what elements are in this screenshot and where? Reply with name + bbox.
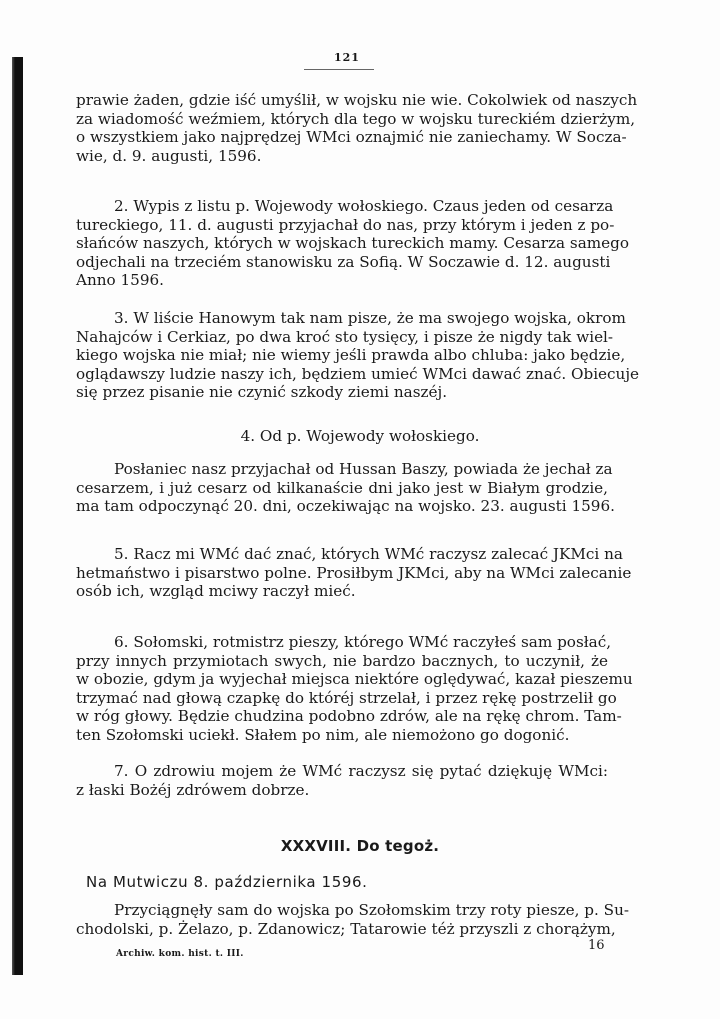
text-line: w obozie, gdym ja wyjechał miejsca niekt… (76, 670, 608, 689)
item-4-paragraph: Posłaniec nasz przyjachał od Hussan Basz… (76, 460, 608, 516)
letter-38-paragraph: Przyciągnęły sam do wojska po Szołomskim… (76, 901, 608, 938)
text-line: prawie żaden, gdzie iść umyślił, w wojsk… (76, 91, 608, 110)
item-6-paragraph: 6. Sołomski, rotmistrz pieszy, którego W… (76, 633, 608, 745)
footer-citation: Archiw. kom. hist. t. III. (116, 949, 244, 959)
item-2-paragraph: 2. Wypis z listu p. Wojewody wołoskiego.… (76, 197, 608, 290)
text-line: odjechali na trzeciém stanowisku za Sofi… (76, 253, 608, 272)
text-line: Przyciągnęły sam do wojska po Szołomskim… (76, 901, 608, 920)
text-line: wie, d. 9. augusti, 1596. (76, 147, 608, 166)
header-rule (304, 69, 374, 70)
item-4-heading: 4. Od p. Wojewody wołoskiego. (0, 427, 720, 445)
text-line: 3. W liście Hanowym tak nam pisze, że ma… (76, 309, 608, 328)
text-line: ma tam odpoczynąć 20. dni, oczekiwając n… (76, 497, 608, 516)
intro-paragraph: prawie żaden, gdzie iść umyślił, w wojsk… (76, 91, 608, 165)
text-line: w róg głowy. Będzie chudzina podobno zdr… (76, 707, 608, 726)
letter-38-heading: XXXVIII. Do tegoż. (0, 837, 720, 855)
text-line: trzymać nad głową czapkę do któréj strze… (76, 689, 608, 708)
page-number: 121 (334, 51, 360, 64)
text-line: 2. Wypis z listu p. Wojewody wołoskiego.… (76, 197, 608, 216)
text-line: 6. Sołomski, rotmistrz pieszy, którego W… (76, 633, 608, 652)
text-line: cesarzem, i już cesarz od kilkanaście dn… (76, 479, 608, 498)
letter-38-dateline: Na Mutwiczu 8. października 1596. (86, 873, 368, 891)
text-line: oglądawszy ludzie naszy ich, będziem umi… (76, 365, 608, 384)
text-line: słańców naszych, których w wojskach ture… (76, 234, 608, 253)
text-line: się przez pisanie nie czynić szkody ziem… (76, 383, 608, 402)
text-line: ten Szołomski uciekł. Słałem po nim, ale… (76, 726, 608, 745)
text-line: za wiadomość weźmiem, których dla tego w… (76, 110, 608, 129)
item-5-paragraph: 5. Racz mi WMć dać znać, których WMć rac… (76, 545, 608, 601)
text-line: hetmaństwo i pisarstwo polne. Prosiłbym … (76, 564, 608, 583)
text-line: Nahajców i Cerkiaz, po dwa kroć sto tysi… (76, 328, 608, 347)
text-line: 5. Racz mi WMć dać znać, których WMć rac… (76, 545, 608, 564)
text-line: chodolski, p. Żelazo, p. Zdanowicz; Tata… (76, 920, 608, 939)
item-7-paragraph: 7. O zdrowiu mojem że WMć raczysz się py… (76, 762, 608, 799)
text-line: o wszystkiem jako najprędzej WMci oznajm… (76, 128, 608, 147)
item-3-paragraph: 3. W liście Hanowym tak nam pisze, że ma… (76, 309, 608, 402)
text-line: z łaski Bożéj zdrówem dobrze. (76, 781, 608, 800)
signature-mark: 16 (588, 938, 605, 953)
text-line: Anno 1596. (76, 271, 608, 290)
text-line: kiego wojska nie miał; nie wiemy jeśli p… (76, 346, 608, 365)
text-line: przy innych przymiotach swych, nie bardz… (76, 652, 608, 671)
text-line: Posłaniec nasz przyjachał od Hussan Basz… (76, 460, 608, 479)
text-line: tureckiego, 11. d. augusti przyjachał do… (76, 216, 608, 235)
text-line: 7. O zdrowiu mojem że WMć raczysz się py… (76, 762, 608, 781)
text-line: osób ich, wzgląd mciwy raczył mieć. (76, 582, 608, 601)
